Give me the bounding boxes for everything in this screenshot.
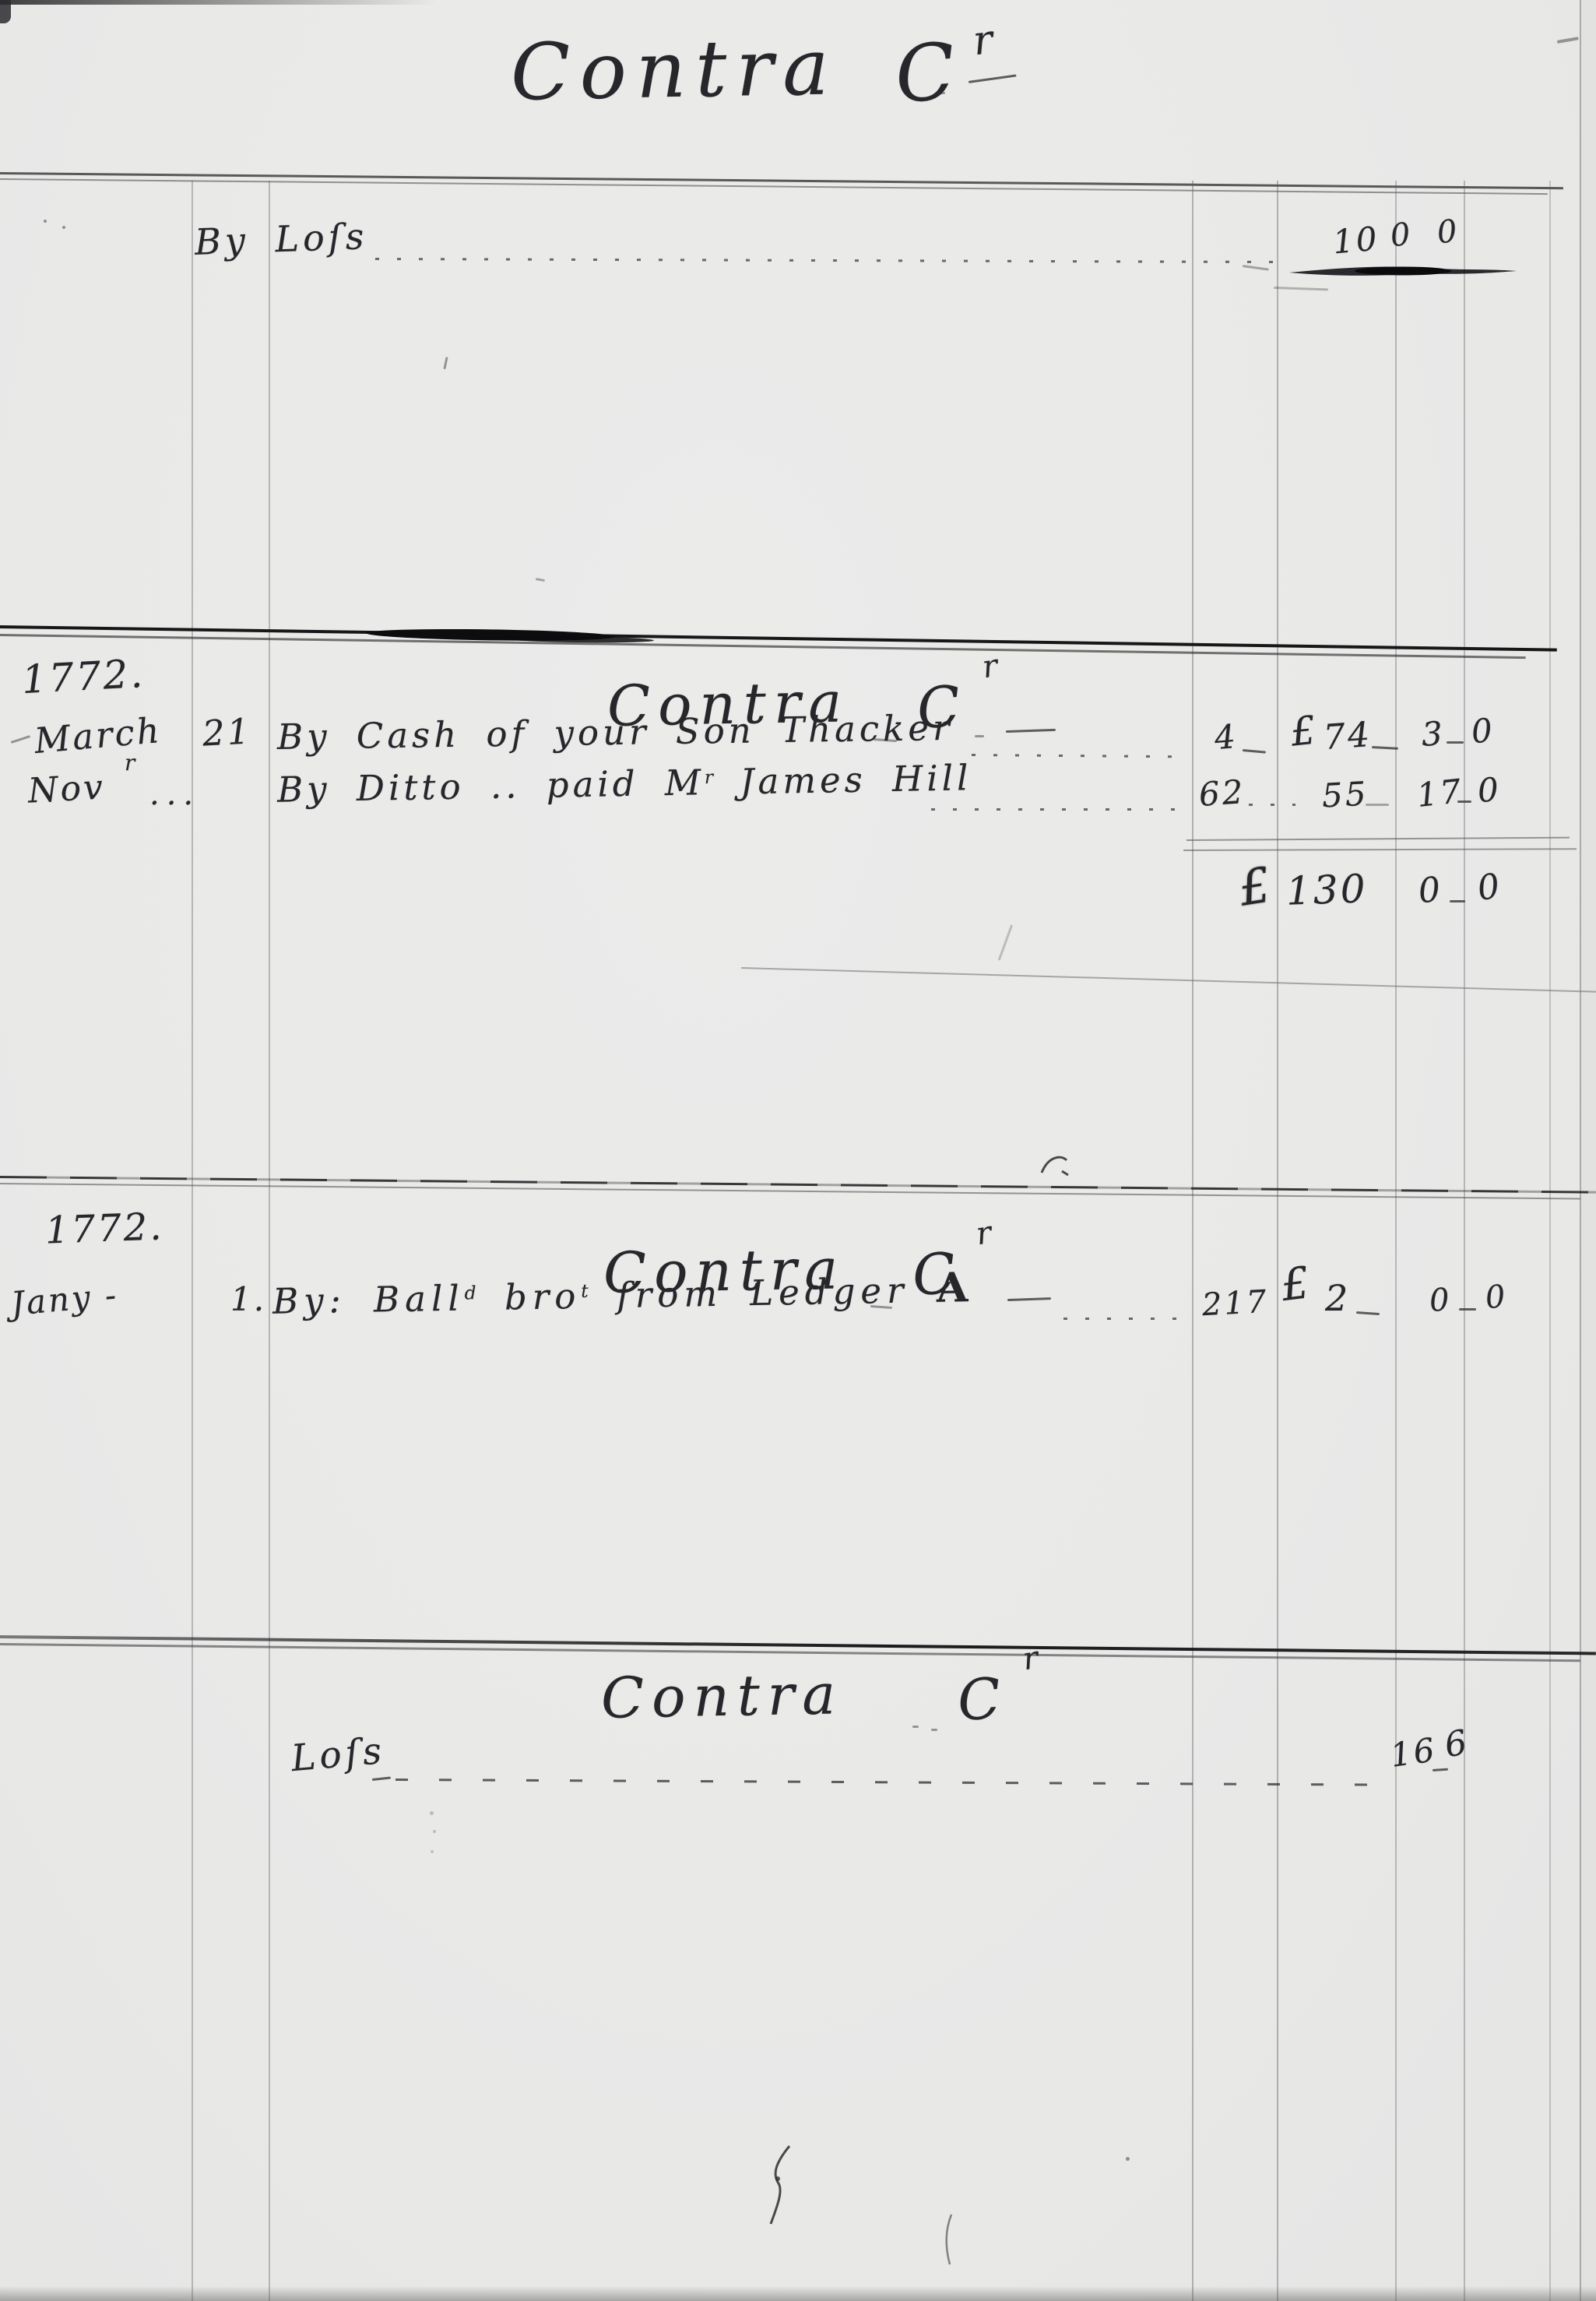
folio-number: 217 xyxy=(1201,1286,1269,1321)
total-pounds: 130 xyxy=(1285,869,1368,911)
dash-mark xyxy=(1366,804,1389,806)
ledger-letter: A xyxy=(936,1264,968,1312)
entry-description: By Ditto .. paid Mr James Hill xyxy=(277,760,972,807)
ink-mark xyxy=(998,924,1013,960)
ink-speck xyxy=(431,1850,434,1853)
amount-pounds-sign: £ xyxy=(1288,710,1320,751)
page-bottom-edge-shadow xyxy=(0,2286,1596,2301)
section-divider xyxy=(0,1635,1596,1652)
dash-mark xyxy=(372,1776,391,1780)
ink-mark xyxy=(11,735,31,744)
page-title-sup: r xyxy=(971,19,997,62)
entry-description-sup: d xyxy=(464,1282,476,1304)
column-rule xyxy=(192,181,193,2301)
amount-pence: 0 xyxy=(1484,1281,1509,1314)
folio-number: 62 xyxy=(1198,776,1246,811)
section-divider xyxy=(0,1176,1596,1191)
amount-pence: 0 xyxy=(1477,773,1503,807)
total-rule xyxy=(1183,848,1577,851)
amount-shillings: 0 xyxy=(1389,219,1414,252)
amount-pounds-sign: £ xyxy=(1279,1261,1314,1308)
column-rule xyxy=(1395,181,1397,2301)
leader-dots xyxy=(972,754,1190,758)
page-top-edge-shadow xyxy=(0,0,436,5)
underline-swash xyxy=(1286,262,1520,280)
page-right-margin xyxy=(1581,0,1596,2301)
leader-dots xyxy=(1063,1318,1180,1320)
entry-day: 21 xyxy=(202,713,253,751)
year-label: 1772. xyxy=(21,654,146,699)
page-title-abbr: C xyxy=(893,32,967,114)
column-rule xyxy=(269,181,270,2301)
leader-dots xyxy=(931,808,1188,811)
ink-mark xyxy=(1037,1148,1073,1180)
column-rule xyxy=(1464,181,1465,2301)
folio-number: 4 xyxy=(1213,720,1239,755)
amount-pounds: 74 xyxy=(1323,718,1373,755)
section-header-sup: r xyxy=(974,1217,995,1251)
title-flourish xyxy=(936,92,945,94)
entry-date-sup: r xyxy=(125,752,137,774)
entry-date: March xyxy=(33,712,163,758)
section-header: Contra xyxy=(600,1666,843,1726)
entry-description: Loſs xyxy=(290,1733,387,1777)
section-header-abbr: C xyxy=(956,1669,1011,1729)
total-pence: 0 xyxy=(1475,869,1504,906)
ink-speck xyxy=(44,220,47,223)
column-rule xyxy=(1192,181,1193,2301)
ink-mark xyxy=(1557,37,1579,44)
ledger-page: Contra C r By Loſs 10 0 0 1772. Contra C… xyxy=(0,0,1596,2301)
title-flourish xyxy=(968,74,1017,83)
amount-pounds: 2 xyxy=(1325,1280,1350,1316)
entry-description: By: Balld brot from Ledger A xyxy=(272,1268,968,1321)
dash-mark xyxy=(1372,746,1398,750)
amount-pounds: 10 xyxy=(1331,222,1380,259)
entry-description-sup: r xyxy=(705,766,715,788)
column-rule xyxy=(1549,181,1551,2301)
ink-mark xyxy=(766,2143,797,2229)
header-flourish xyxy=(1006,729,1056,733)
entry-date: Nov xyxy=(27,770,106,808)
section-header-sup: r xyxy=(980,650,1001,684)
amount-shillings: 17 xyxy=(1415,775,1465,812)
dash-mark xyxy=(1457,800,1471,803)
ink-mark xyxy=(443,357,448,369)
amount-pounds: 55 xyxy=(1321,777,1369,812)
amount-pence: 6 xyxy=(1442,1726,1471,1764)
amount-shillings: 16 xyxy=(1388,1733,1439,1772)
dash-mark xyxy=(1249,804,1295,806)
leader-dashes xyxy=(395,1779,1384,1786)
entry-date: Jany - xyxy=(9,1279,119,1321)
entry-description: By Loſs xyxy=(194,218,368,260)
page-corner-blot xyxy=(0,0,11,23)
entry-description: By Cash of your Son Thacker xyxy=(277,710,954,755)
total-rule xyxy=(1186,837,1570,841)
amount-pence: 0 xyxy=(1436,216,1461,249)
amount-shillings: 3 xyxy=(1421,717,1446,751)
header-flourish xyxy=(912,1726,919,1728)
total-shillings: 0 xyxy=(1417,873,1444,909)
entry-day: 1. xyxy=(230,1283,266,1316)
dash-mark xyxy=(1450,900,1465,902)
column-rule xyxy=(1277,181,1278,2301)
ink-speck xyxy=(1126,2157,1130,2161)
dash-mark xyxy=(1459,1308,1476,1311)
dash-mark xyxy=(1356,1311,1380,1315)
ink-speck xyxy=(433,1830,436,1833)
closing-rule xyxy=(741,967,1596,993)
entry-date-trail: ... xyxy=(149,779,200,810)
ink-mark xyxy=(536,578,545,582)
top-rule xyxy=(0,172,1563,187)
header-flourish xyxy=(975,735,984,737)
ink-mark xyxy=(940,2213,959,2268)
page-title: Contra xyxy=(510,28,838,111)
ink-speck xyxy=(430,1811,434,1815)
header-flourish xyxy=(931,1729,937,1731)
dash-mark xyxy=(1447,741,1464,744)
dash-mark xyxy=(1243,749,1266,754)
amount-pence: 0 xyxy=(1470,714,1496,748)
leader-dots xyxy=(375,258,1278,263)
ink-speck xyxy=(62,226,65,229)
ink-mark xyxy=(1243,265,1269,271)
section-divider xyxy=(0,625,1557,649)
total-pounds-sign: £ xyxy=(1236,860,1276,913)
dash-mark xyxy=(1433,1768,1448,1771)
ink-mark xyxy=(1274,287,1328,290)
entry-description-sup: t xyxy=(581,1280,589,1302)
year-label: 1772. xyxy=(44,1208,164,1249)
amount-shillings: 0 xyxy=(1429,1284,1453,1317)
header-flourish xyxy=(1007,1297,1051,1301)
